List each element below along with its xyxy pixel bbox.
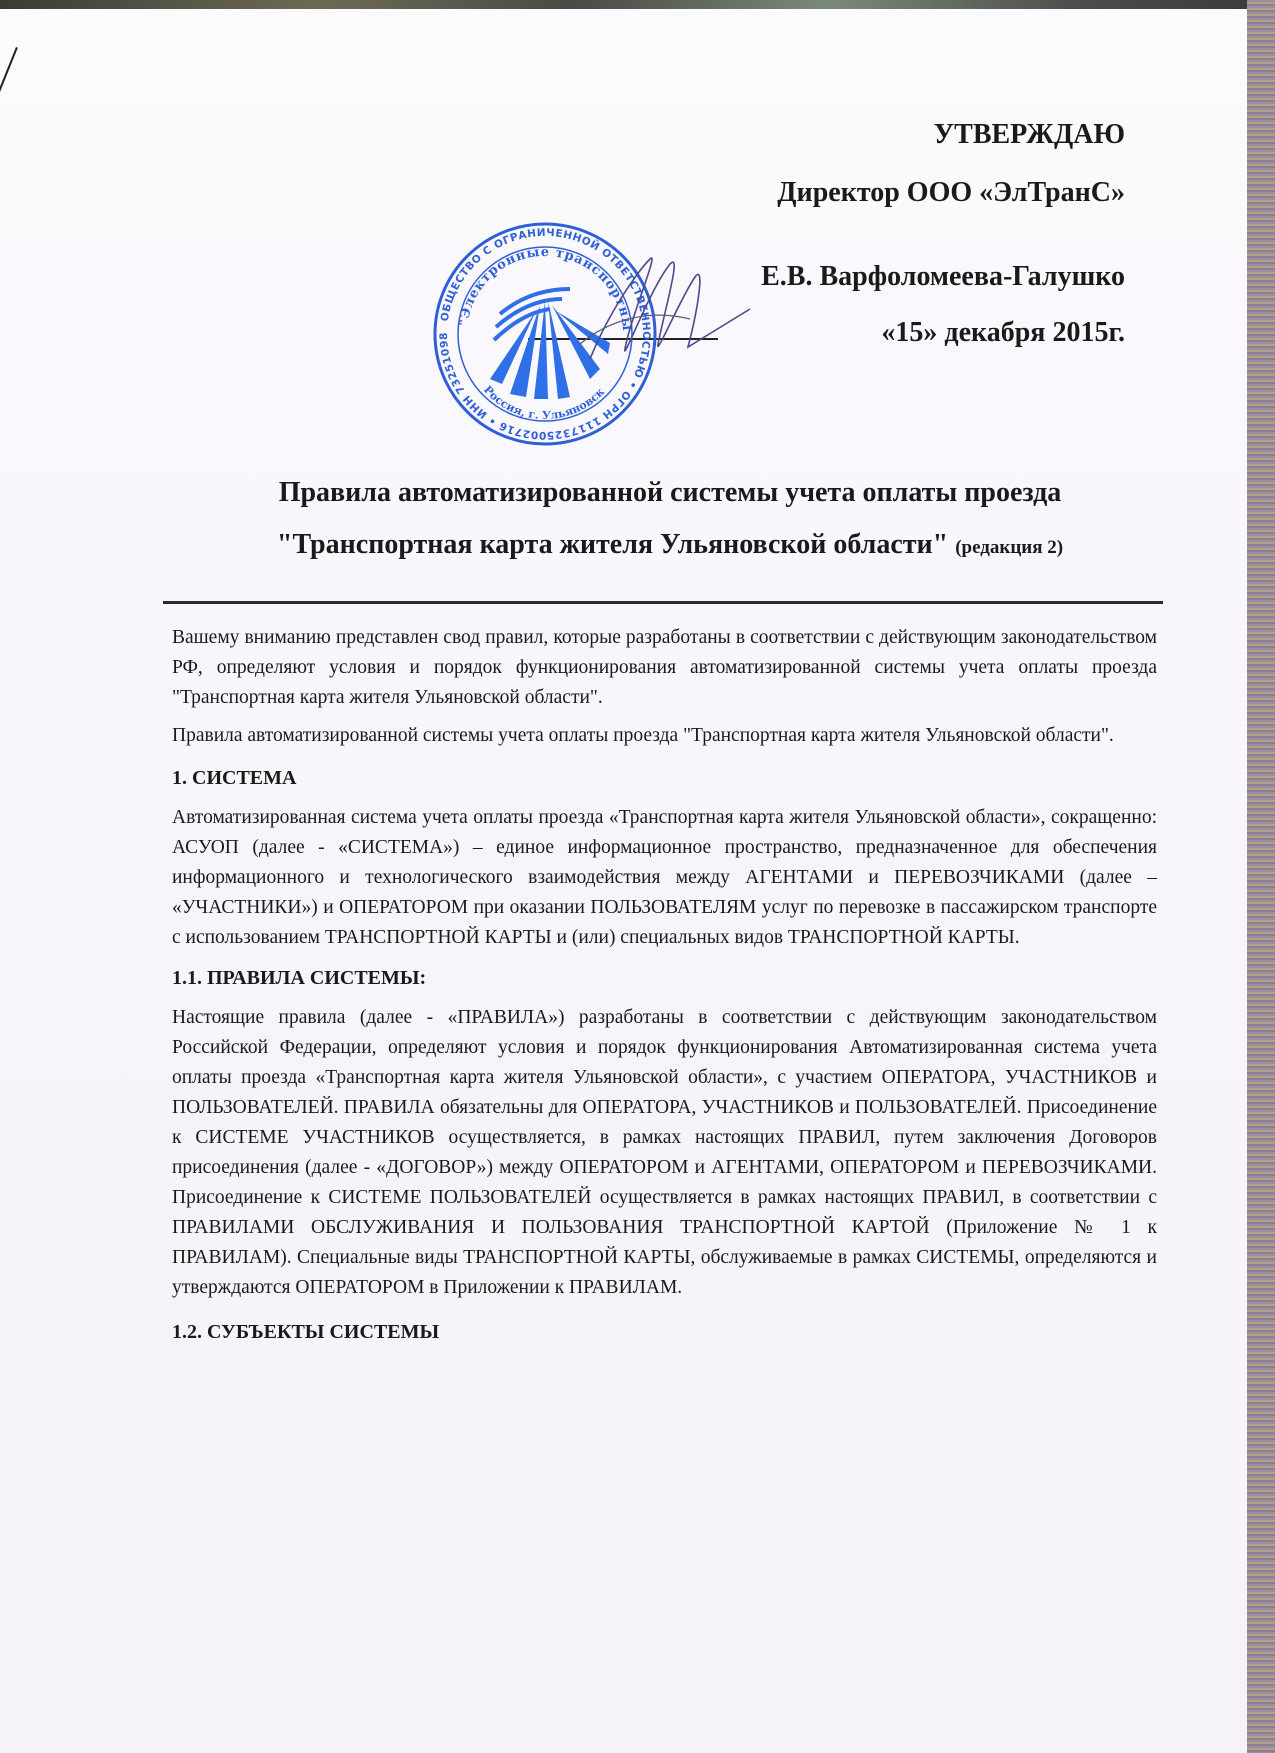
scan-right-edge (1247, 0, 1275, 1753)
section-text-rules: Настоящие правила (далее - «ПРАВИЛА») ра… (172, 1003, 1157, 1303)
approval-position: Директор ООО «ЭлТранС» (761, 179, 1125, 207)
pen-mark (0, 47, 18, 96)
document-title: Правила автоматизированной системы учета… (170, 467, 1170, 574)
document-page: УТВЕРЖДАЮ Директор ООО «ЭлТранС» Е.В. Ва… (0, 9, 1247, 1753)
section-heading-rules: 1.1. ПРАВИЛА СИСТЕМЫ: (172, 963, 1157, 993)
title-line-1: Правила автоматизированной системы учета… (170, 467, 1170, 519)
document-body: Вашему вниманию представлен свод правил,… (172, 623, 1157, 1357)
intro-paragraph-2: Правила автоматизированной системы учета… (172, 721, 1157, 751)
approval-block: УТВЕРЖДАЮ Директор ООО «ЭлТранС» Е.В. Ва… (761, 121, 1125, 347)
section-heading-subjects: 1.2. СУБЪЕКТЫ СИСТЕМЫ (172, 1317, 1157, 1347)
scan-top-edge (0, 0, 1275, 9)
approval-label: УТВЕРЖДАЮ (761, 121, 1125, 149)
edition-label: (редакция 2) (955, 537, 1063, 558)
intro-paragraph-1: Вашему вниманию представлен свод правил,… (172, 623, 1157, 713)
section-heading-system: 1. СИСТЕМА (172, 763, 1157, 793)
title-line-2: "Транспортная карта жителя Ульяновской о… (170, 519, 1170, 574)
approval-date: «15» декабря 2015г. (761, 319, 1125, 347)
handwritten-signature-icon (570, 249, 760, 369)
title-line-2-text: "Транспортная карта жителя Ульяновской о… (277, 529, 948, 560)
approval-signatory: Е.В. Варфоломеева-Галушко (761, 263, 1125, 291)
section-text-system: Автоматизированная система учета оплаты … (172, 803, 1157, 953)
title-divider (163, 601, 1163, 604)
